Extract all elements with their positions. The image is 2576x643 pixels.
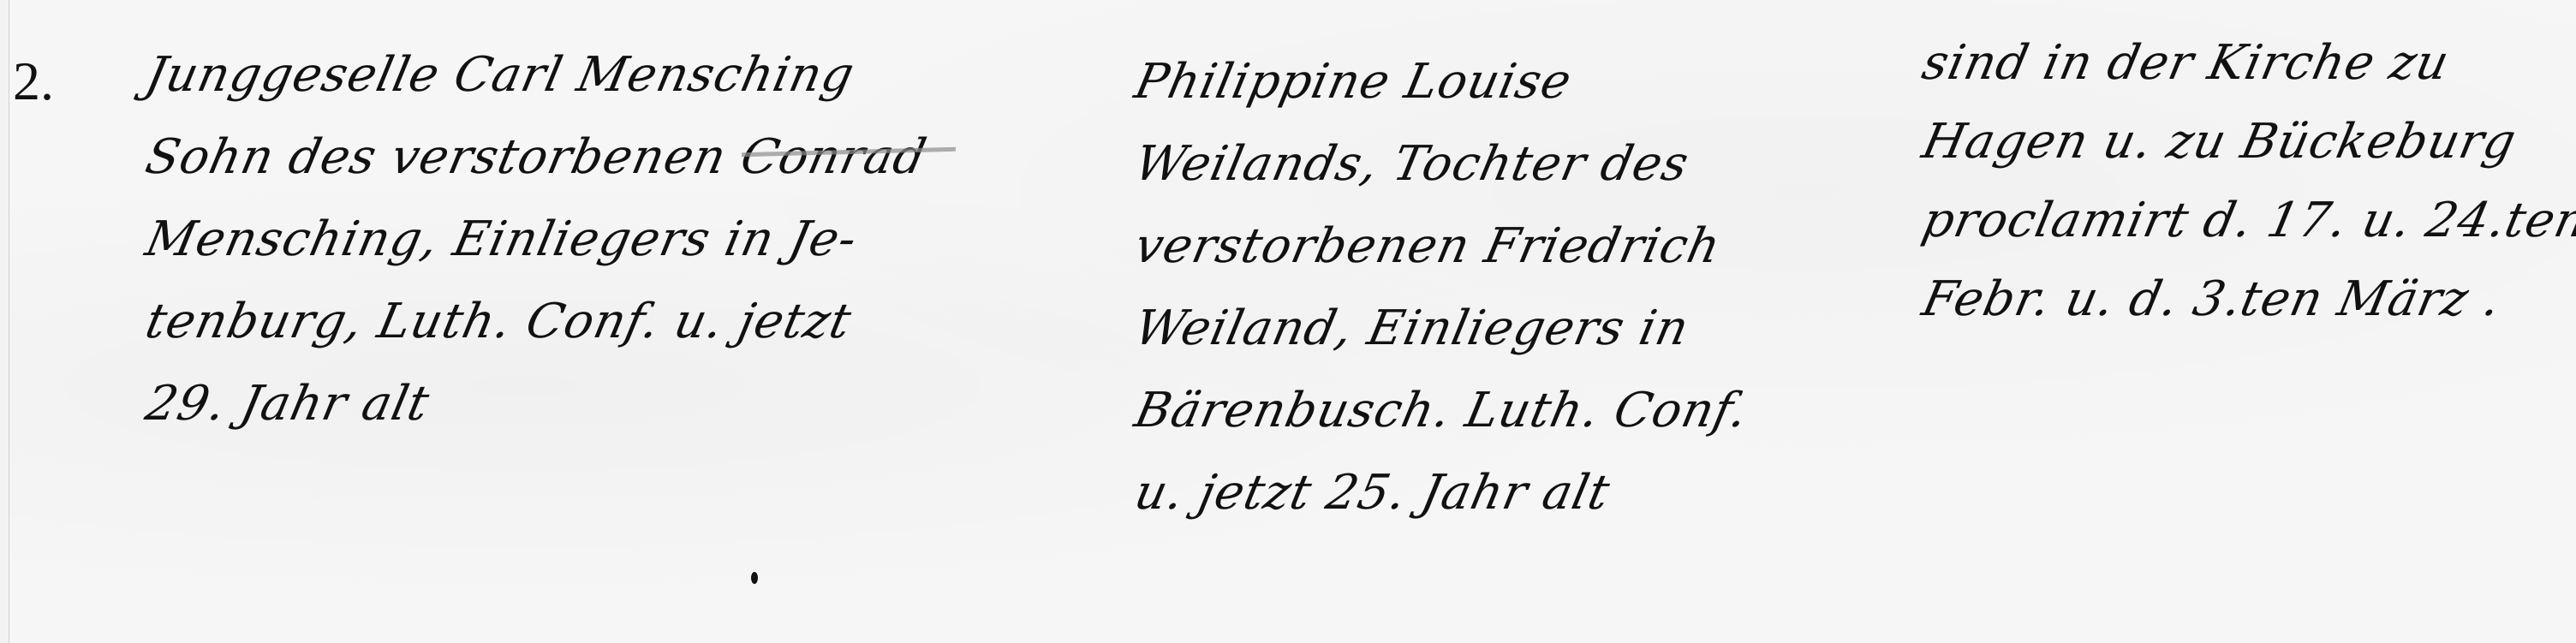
remarks-line-2: Hagen u. zu Bückeburg [1915,103,2576,182]
remarks-line-1: sind in der Kirche zu [1915,24,2576,103]
bride-line-1: Philippine Louise [1127,41,1915,123]
groom-line-3: Mensching, Einliegers in Je- [138,199,1097,281]
bride-line-2: Weilands, Tochter des [1127,123,1915,205]
groom-line-4: tenburg, Luth. Conf. u. jetzt [138,281,1097,363]
bride-line-6: u. jetzt 25. Jahr alt [1127,452,1915,534]
groom-line-5: 29. Jahr alt [138,363,1097,445]
bride-line-4: Weiland, Einliegers in [1127,288,1915,370]
bride-column: Philippine Louise Weilands, Tochter des … [1127,41,1898,534]
remarks-line-3: proclamirt d. 17. u. 24.ten [1915,182,2576,260]
remarks-column: sind in der Kirche zu Hagen u. zu Bückeb… [1915,24,2576,339]
ink-blot [751,572,758,584]
remarks-line-4: Febr. u. d. 3.ten März . [1915,260,2576,339]
bride-line-5: Bärenbusch. Luth. Conf. [1127,370,1915,452]
bride-line-3: verstorbenen Friedrich [1127,205,1915,288]
groom-line-2: Sohn des verstorbenen Conrad [138,116,1097,199]
register-page: 2. Junggeselle Carl Mensching Sohn des v… [9,0,2576,643]
groom-line-1: Junggeselle Carl Mensching [138,34,1097,116]
groom-column: Junggeselle Carl Mensching Sohn des vers… [138,34,1080,445]
entry-number: 2. [13,50,54,113]
